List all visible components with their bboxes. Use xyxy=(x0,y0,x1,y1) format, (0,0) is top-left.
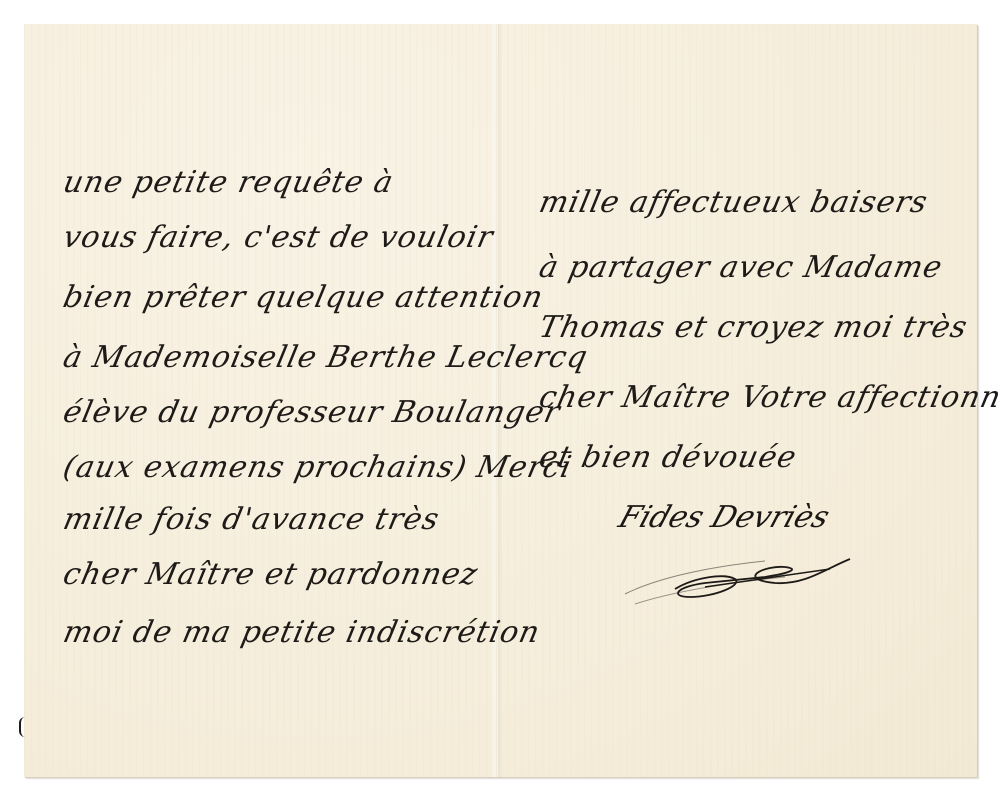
text-line: (aux examens prochains) Merci xyxy=(60,450,575,485)
text-line: cher Maître et pardonnez xyxy=(60,557,481,592)
text-line: bien prêter quelque attention xyxy=(60,280,547,315)
text-line: une petite requête à xyxy=(60,165,397,200)
text-line: mille affectueux baisers xyxy=(536,185,931,220)
right-page: mille affectueux baisers à partager avec… xyxy=(500,24,977,777)
text-line: à partager avec Madame xyxy=(536,250,946,285)
margin-mark xyxy=(19,717,25,737)
text-line: moi de ma petite indiscrétion xyxy=(60,615,543,650)
text-line: et bien dévouée xyxy=(536,440,800,475)
text-line: vous faire, c'est de vouloir xyxy=(60,220,497,255)
signature: Fides Devriès xyxy=(614,500,834,535)
text-line: Thomas et croyez moi très xyxy=(536,310,971,345)
text-line: élève du professeur Boulanger xyxy=(60,395,564,430)
text-line: cher Maître Votre affectionnée xyxy=(536,380,1000,415)
document-scan: une petite requête à vous faire, c'est d… xyxy=(0,0,1000,807)
signature-flourish xyxy=(615,539,855,609)
left-page: une petite requête à vous faire, c'est d… xyxy=(24,24,497,777)
letter-sheet: une petite requête à vous faire, c'est d… xyxy=(24,24,977,777)
text-line: mille fois d'avance très xyxy=(60,502,443,537)
